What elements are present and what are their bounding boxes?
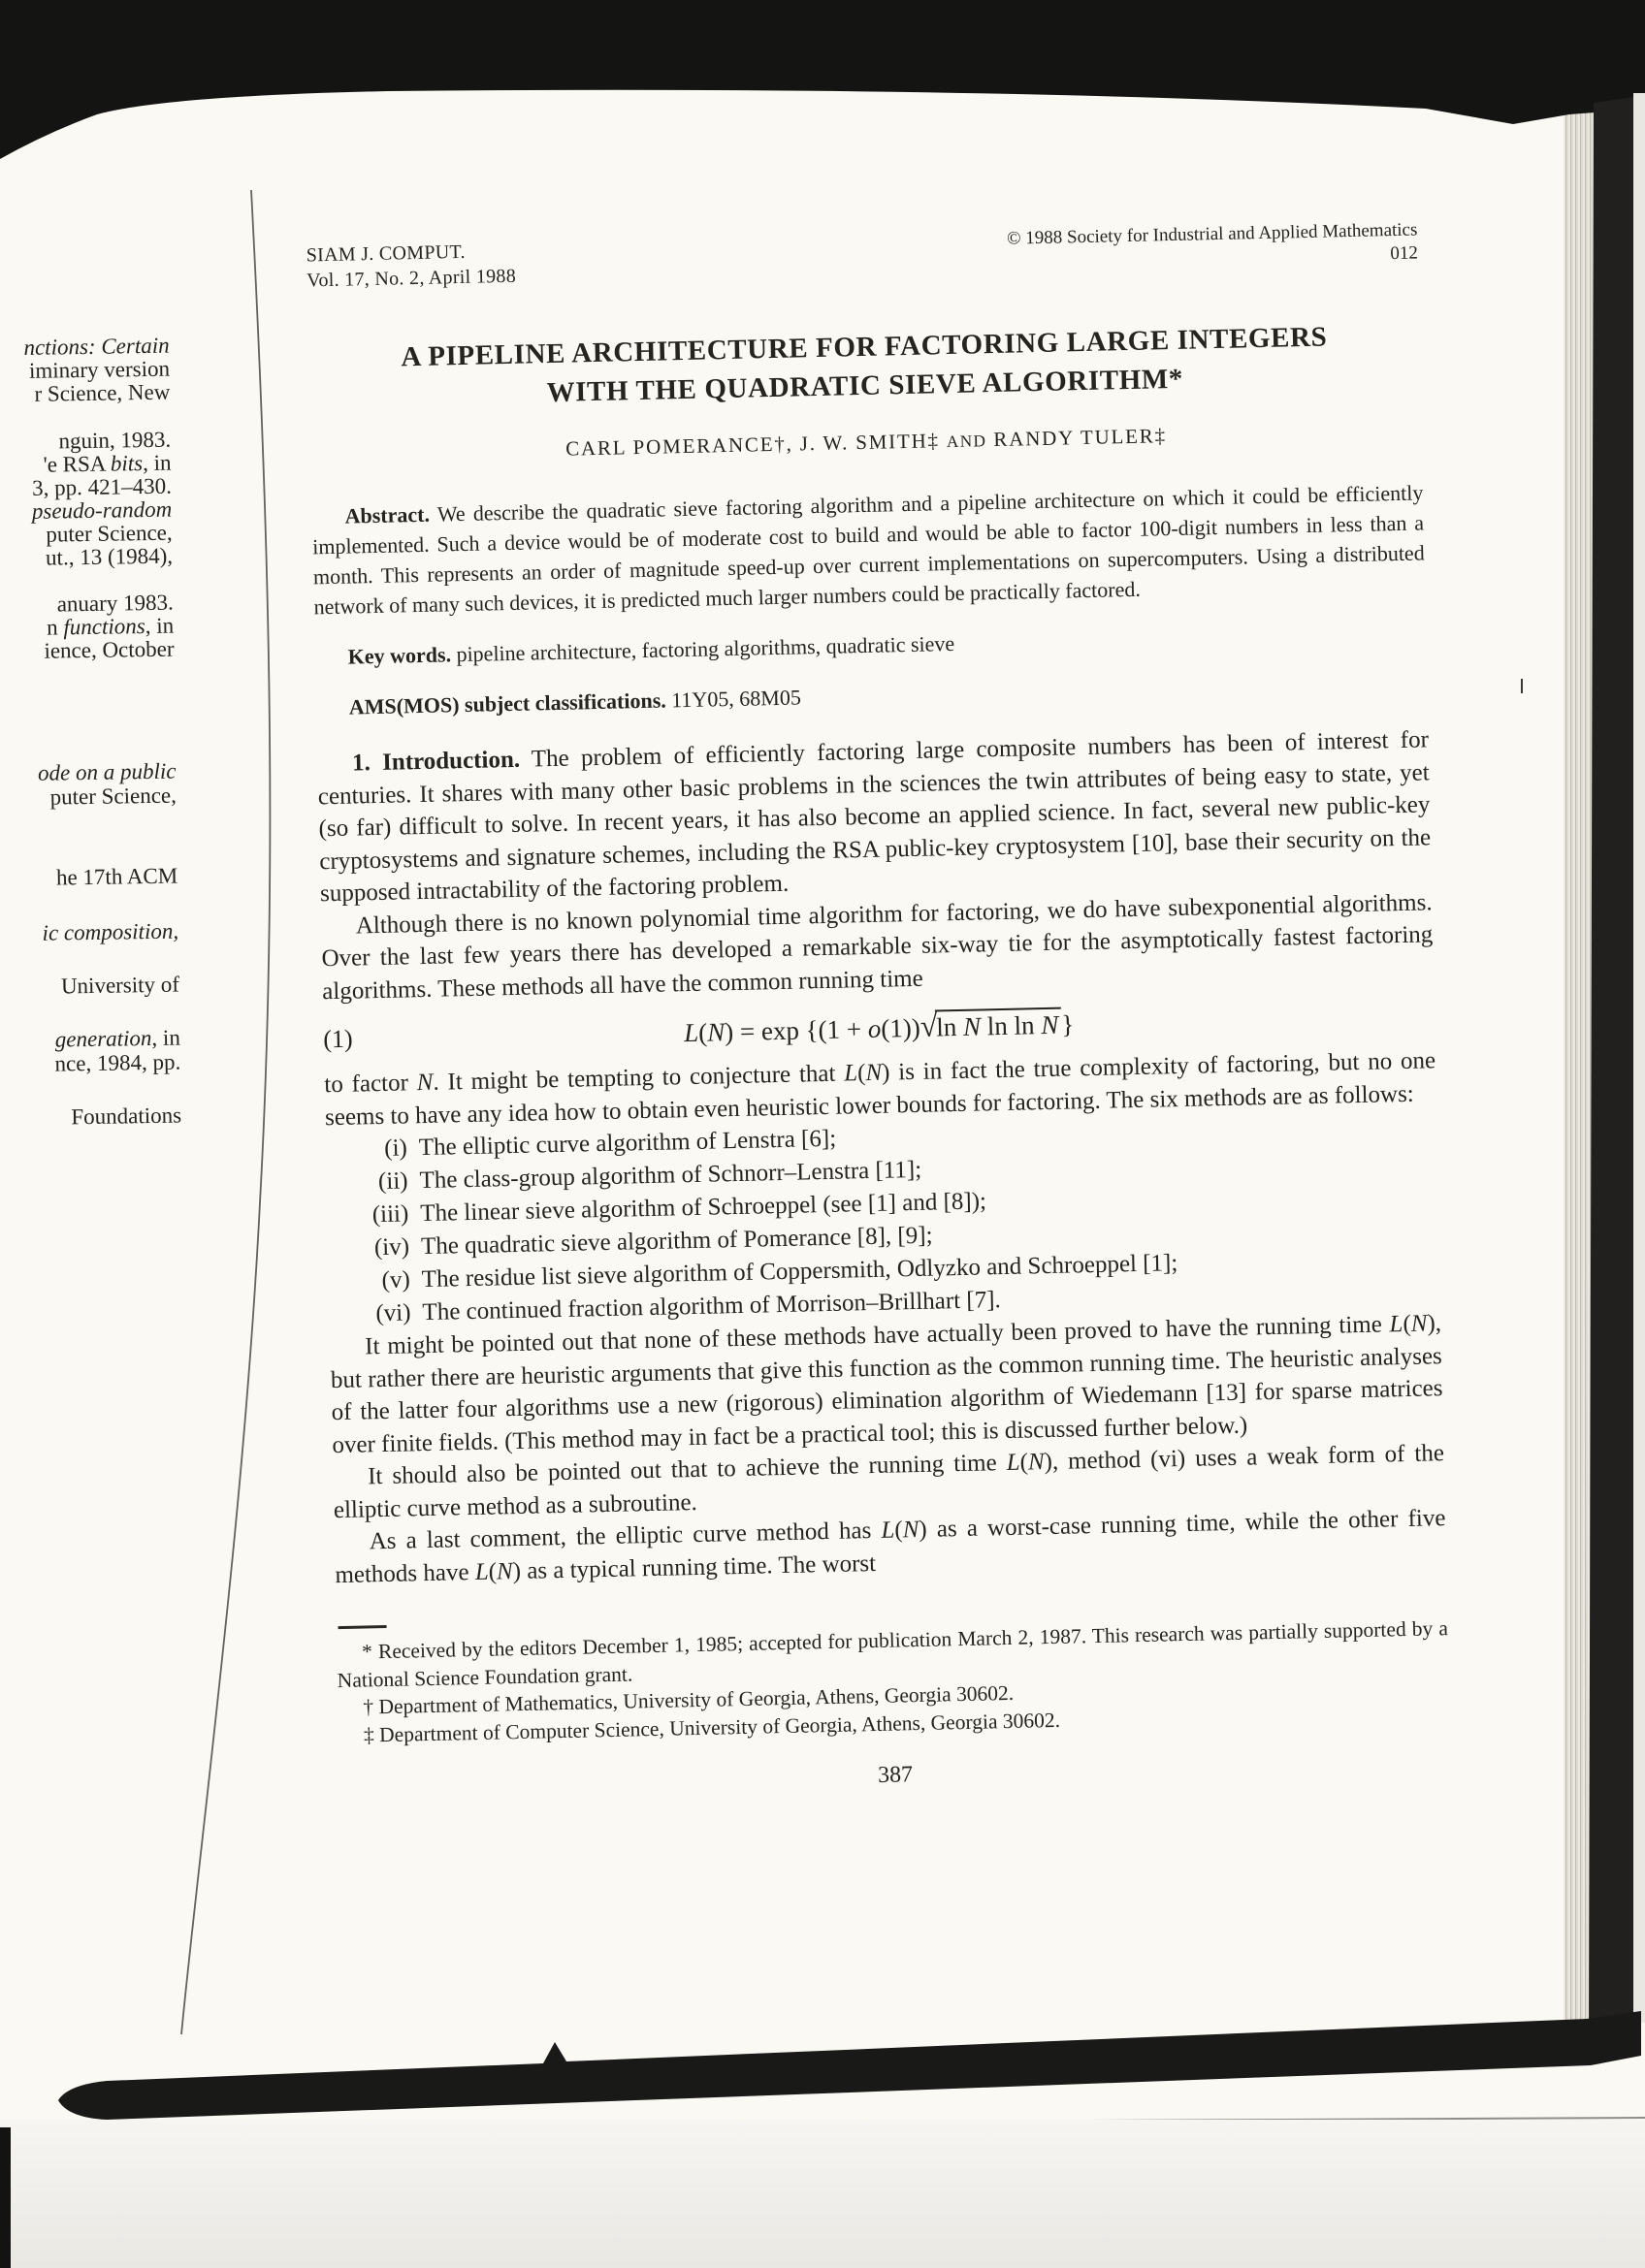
text-run: N (963, 1011, 982, 1040)
text-run: The elliptic curve algorithm of Lenstra … (419, 1126, 837, 1161)
paragraph-4: It might be pointed out that none of the… (330, 1307, 1444, 1461)
ams-text: 11Y05, 68M05 (671, 685, 801, 712)
page: SIAM J. COMPUT. Vol. 17, No. 2, April 19… (229, 132, 1542, 2147)
method-number: (vi) (329, 1296, 423, 1331)
text-run: o (867, 1014, 881, 1043)
text-run: University of (61, 973, 179, 999)
facing-page-text-fragment: Foundations (71, 1104, 181, 1130)
text-run: N (1028, 1449, 1045, 1475)
facing-page-text-fragment: nce, 1984, pp. (54, 1051, 180, 1076)
abstract: Abstract. We describe the quadratic siev… (311, 477, 1425, 622)
facing-page-text-fragment: puter Science, (49, 784, 177, 810)
text-run: 'e RSA (43, 452, 111, 477)
methods-list: (i)The elliptic curve algorithm of Lenst… (325, 1109, 1440, 1331)
text-run: puter Science, (46, 521, 173, 547)
text-run: L (684, 1018, 699, 1047)
equation-formula: L(N) = exp {(1 + o(1))√ln N ln ln N} (393, 997, 1435, 1055)
text-run: N (707, 1017, 726, 1046)
facing-page-text-fragment: puter Science, (46, 522, 173, 547)
facing-page-text-fragment: ut., 13 (1984), (46, 545, 173, 570)
abstract-text: We describe the quadratic sieve factorin… (312, 480, 1425, 619)
text-run: L (881, 1517, 894, 1544)
page-number: 387 (339, 1750, 1451, 1801)
text-run: L (1389, 1311, 1403, 1337)
text-run: (1)) (881, 1013, 920, 1043)
text-run: } (1061, 1009, 1075, 1038)
facing-page-text-fragment: n functions, in (47, 615, 174, 640)
facing-page-text-fragment: pseudo-random (32, 498, 173, 524)
method-number: (ii) (326, 1165, 420, 1199)
facing-page-text-fragment: nguin, 1983. (58, 429, 171, 454)
text-run: . It might be tempting to conjecture tha… (433, 1061, 844, 1096)
method-number: (iv) (328, 1230, 422, 1265)
facing-page-fragments: nctions: Certainiminary versionr Science… (0, 0, 193, 1358)
text-run: ience, October (44, 637, 174, 663)
text-run: he 17th ACM (56, 864, 178, 890)
text-run: bits (111, 451, 144, 476)
facing-page-text-fragment: he 17th ACM (56, 865, 178, 890)
facing-page-text-fragment: University of (61, 974, 179, 999)
text-run: nguin, 1983. (58, 428, 171, 454)
paragraph-introduction: 1. Introduction. The problem of efficien… (317, 723, 1432, 910)
facing-page-text-fragment: anuary 1983. (57, 591, 174, 617)
keywords-text: pipeline architecture, factoring algorit… (456, 631, 954, 666)
text-run: N (865, 1060, 882, 1086)
equation-number: (1) (323, 1023, 394, 1054)
text-run: puter Science, (49, 783, 177, 810)
text-run: As a last comment, the elliptic curve me… (369, 1517, 881, 1555)
book-scan: nctions: Certainiminary versionr Science… (0, 0, 1645, 2268)
authors: CARL POMERANCE†, J. W. SMITH‡ AND RANDY … (310, 418, 1422, 466)
text-run: ut., 13 (1984), (46, 544, 173, 570)
method-number: (i) (325, 1132, 419, 1166)
facing-page-text-fragment: ic composition, (42, 920, 178, 945)
text-run: , in (145, 614, 175, 638)
copyright-info: © 1988 Society for Industrial and Applie… (1007, 218, 1418, 273)
keywords: Key words. pipeline architecture, factor… (314, 619, 1426, 672)
ams-classifications: AMS(MOS) subject classifications. 11Y05,… (316, 669, 1428, 722)
text-run: generation (55, 1026, 152, 1052)
text-run: N (1041, 1010, 1059, 1039)
text-run: CARL POMERANCE†, J. W. SMITH‡ (565, 429, 947, 461)
text-column: SIAM J. COMPUT. Vol. 17, No. 2, April 19… (306, 218, 1451, 1801)
title-line-1: A PIPELINE ARCHITECTURE FOR FACTORING LA… (401, 322, 1328, 373)
text-run: N (1410, 1311, 1427, 1337)
text-run: , in (151, 1026, 180, 1050)
text-run: r Science, New (34, 380, 170, 406)
text-run: AND (947, 431, 987, 451)
text-run: ) as a typical running time. The worst (512, 1549, 876, 1583)
abstract-label: Abstract. (344, 502, 430, 528)
keywords-label: Key words. (347, 642, 451, 668)
facing-page-text-fragment: 3, pp. 421–430. (32, 475, 172, 500)
paper-title: A PIPELINE ARCHITECTURE FOR FACTORING LA… (308, 315, 1421, 417)
text-run: n (47, 615, 64, 639)
journal-issue: Vol. 17, No. 2, April 1988 (306, 264, 516, 294)
text-run: nce, 1984, pp. (54, 1050, 180, 1076)
text-run: iminary version (29, 357, 170, 383)
bottom-left-dark-strip (0, 2127, 11, 2268)
text-run: ln (936, 1012, 963, 1042)
text-run: L (844, 1060, 857, 1086)
text-run: Foundations (71, 1103, 181, 1130)
facing-page-text-fragment: ience, October (44, 638, 174, 663)
text-run: ) = exp {(1 + (725, 1014, 868, 1046)
facing-page-text-fragment: generation, in (55, 1027, 180, 1052)
page-stack-edge (1564, 103, 1597, 2030)
journal-info: SIAM J. COMPUT. Vol. 17, No. 2, April 19… (306, 239, 516, 294)
scan-artifact-tick (1521, 679, 1523, 693)
text-run: RANDY TULER‡ (986, 424, 1167, 451)
text-run: N (416, 1070, 433, 1096)
text-run: ln ln (981, 1010, 1042, 1040)
text-run: anuary 1983. (57, 591, 174, 617)
text-run: to factor (324, 1070, 417, 1098)
text-run: ic composition, (42, 919, 178, 945)
facing-page-text-fragment: ode on a public (38, 760, 177, 785)
text-run: L (474, 1558, 488, 1584)
ams-label: AMS(MOS) subject classifications. (349, 687, 666, 719)
text-run: Although there is no known polynomial ti… (321, 889, 1433, 1005)
text-run: L (1006, 1450, 1019, 1476)
text-run: N (497, 1558, 513, 1584)
journal-header: SIAM J. COMPUT. Vol. 17, No. 2, April 19… (306, 218, 1418, 293)
radicand: ln N ln ln N (935, 1007, 1062, 1042)
text-run: nctions: Certain (23, 334, 170, 360)
title-line-2: WITH THE QUADRATIC SIEVE ALGORITHM* (546, 364, 1183, 408)
method-number: (iii) (327, 1198, 421, 1232)
method-number: (v) (328, 1263, 422, 1298)
footnote-rule (339, 1625, 387, 1629)
text-run: N (902, 1517, 919, 1543)
text-run: 1. Introduction. (352, 747, 521, 777)
text-run: 3, pp. 421–430. (32, 474, 172, 500)
text-run: pseudo-random (32, 497, 173, 524)
right-edge-light (1633, 93, 1645, 2023)
text-run: functions (63, 614, 145, 639)
text-run: ode on a public (38, 759, 177, 785)
facing-page-text-fragment: 'e RSA bits, in (43, 452, 171, 477)
facing-page-text-fragment: r Science, New (34, 381, 170, 406)
scanner-background (0, 2120, 1645, 2268)
footnotes: * Received by the editors December 1, 19… (337, 1602, 1450, 1749)
text-run: , in (143, 451, 172, 475)
